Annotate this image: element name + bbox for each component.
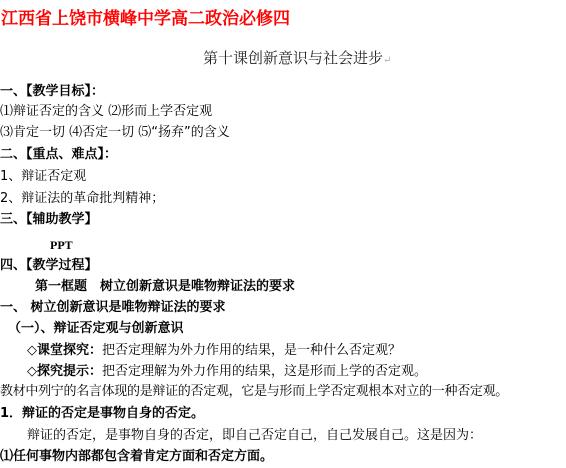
objectives-heading: 一、【教学目标】：: [0, 83, 104, 101]
hint-label: ◇探究提示：: [27, 364, 102, 379]
objectives-line-1: ⑴辩证否定的含义 ⑵形而上学否定观: [0, 103, 212, 121]
textbook-note: 教材中列宁的名言体现的是辩证的否定观，它是与形而上学否定观根本对立的一种否定观。: [0, 383, 508, 401]
inquiry-row: ◇课堂探究：把否定理解为外力作用的结果，是一种什么否定观？: [27, 342, 401, 360]
point1-heading: 1．辩证的否定是事物自身的否定。: [0, 405, 204, 423]
part-heading: 一、 树立创新意识是唯物辩证法的要求: [0, 299, 226, 317]
objectives-line-2: ⑶肯定一切 ⑷否定一切 ⑸“扬弃”的含义: [0, 124, 230, 142]
paragraph-mark-icon: ↵: [383, 55, 391, 66]
key-point-1: 1、辩证否定观: [0, 168, 86, 186]
process-heading: 四、【教学过程】: [0, 257, 98, 275]
point1-text: 辩证的否定，是事物自身的否定，即自己否定自己，自己发展自己。这是因为：: [27, 427, 482, 445]
frame-title: 第一框题 树立创新意识是唯物辩证法的要求: [35, 278, 295, 296]
inquiry-label: ◇课堂探究：: [27, 343, 102, 358]
inquiry-text: 把否定理解为外力作用的结果，是一种什么否定观？: [102, 343, 401, 358]
lesson-title: 第十课创新意识与社会进步↵: [203, 48, 391, 71]
hint-row: ◇探究提示：把否定理解为外力作用的结果，这是形而上学的否定观。: [27, 363, 427, 381]
hint-text: 把否定理解为外力作用的结果，这是形而上学的否定观。: [102, 364, 427, 379]
document-title: 江西省上饶市横峰中学高二政治必修四: [1, 8, 290, 30]
lesson-title-text: 第十课创新意识与社会进步: [203, 49, 383, 67]
reason-1: ⑴任何事物内部都包含着肯定方面和否定方面。: [0, 448, 273, 466]
aids-item-ppt: PPT: [50, 236, 73, 254]
key-points-heading: 二、【重点、难点】：: [0, 146, 117, 164]
aids-heading: 三、【辅助教学】: [0, 211, 98, 229]
subpart-heading: （一）、辩证否定观与创新意识: [8, 320, 184, 338]
key-point-2: 2、辩证法的革命批判精神；: [0, 190, 164, 208]
